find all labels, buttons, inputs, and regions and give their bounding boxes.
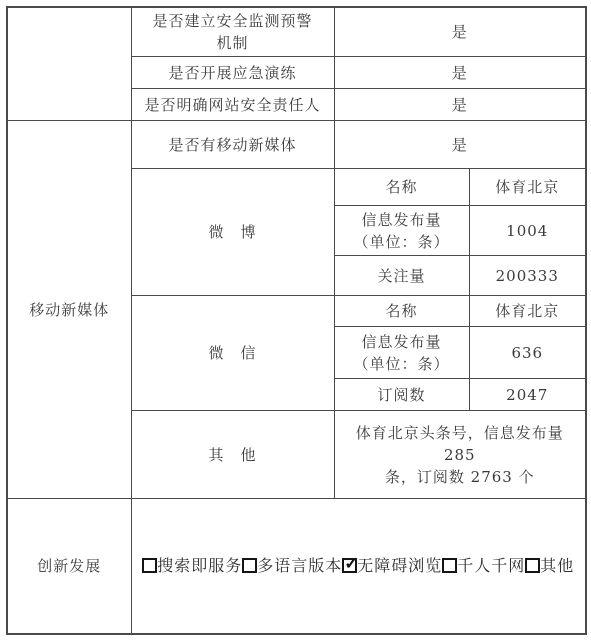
group-cell-mobile-media: 移动新媒体 xyxy=(7,121,131,499)
field-value-weibo-posts: 1004 xyxy=(469,206,586,256)
field-label-weibo-posts: 信息发布量 （单位：条） xyxy=(334,206,469,256)
checkbox-label-qianren-qianwang: 千人千网 xyxy=(457,556,525,575)
checkbox-item-multilingual: ✓多语言版本 xyxy=(242,556,342,575)
checkbox-item-qianren-qianwang: ✓千人千网 xyxy=(442,556,525,575)
field-value-wechat-posts: 636 xyxy=(469,327,586,379)
field-value-wechat-name: 体育北京 xyxy=(469,296,586,327)
checkbox-qianren-qianwang[interactable]: ✓ xyxy=(442,558,457,573)
report-page: 是否建立安全监测预警 机制 是 是否开展应急演练 是 是否明确网站安全责任人 是… xyxy=(0,0,591,640)
checkbox-accessibility[interactable]: ✓ xyxy=(342,558,357,573)
checkbox-other[interactable]: ✓ xyxy=(525,558,540,573)
field-value-weibo-followers: 200333 xyxy=(469,256,586,296)
website-report-table: 是否建立安全监测预警 机制 是 是否开展应急演练 是 是否明确网站安全责任人 是… xyxy=(6,6,587,635)
checkbox-label-accessibility: 无障碍浏览 xyxy=(357,556,442,575)
checkbox-item-other: ✓其他 xyxy=(525,556,574,575)
subgroup-cell-wechat: 微 信 xyxy=(131,296,334,411)
row-label-security-monitor: 是否建立安全监测预警 机制 xyxy=(131,7,334,57)
check-icon: ✓ xyxy=(344,554,358,574)
field-label-weibo-name: 名称 xyxy=(334,169,469,206)
table-row: 移动新媒体 是否有移动新媒体 是 xyxy=(7,121,586,169)
subgroup-cell-weibo: 微 博 xyxy=(131,169,334,296)
group-cell-empty xyxy=(7,7,131,121)
field-label-weibo-followers: 关注量 xyxy=(334,256,469,296)
field-value-wechat-subscribers: 2047 xyxy=(469,379,586,411)
row-label-emergency-drill: 是否开展应急演练 xyxy=(131,57,334,89)
checkbox-item-search-service: ✓搜索即服务 xyxy=(142,556,242,575)
row-label-security-responsible: 是否明确网站安全责任人 xyxy=(131,89,334,121)
row-value-has-mobile-media: 是 xyxy=(334,121,586,169)
field-label-wechat-subscribers: 订阅数 xyxy=(334,379,469,411)
innovation-checkbox-cell: ✓搜索即服务✓多语言版本✓无障碍浏览✓千人千网✓其他 xyxy=(131,499,586,634)
checkbox-search-service[interactable]: ✓ xyxy=(142,558,157,573)
subgroup-cell-other: 其 他 xyxy=(131,411,334,499)
group-cell-innovation: 创新发展 xyxy=(7,499,131,634)
checkbox-item-accessibility: ✓无障碍浏览 xyxy=(342,556,442,575)
checkbox-group: ✓搜索即服务✓多语言版本✓无障碍浏览✓千人千网✓其他 xyxy=(142,555,574,577)
field-value-weibo-name: 体育北京 xyxy=(469,169,586,206)
field-label-wechat-posts: 信息发布量 （单位：条） xyxy=(334,327,469,379)
row-label-has-mobile-media: 是否有移动新媒体 xyxy=(131,121,334,169)
field-label-wechat-name: 名称 xyxy=(334,296,469,327)
checkbox-label-multilingual: 多语言版本 xyxy=(257,556,342,575)
row-value-security-monitor: 是 xyxy=(334,7,586,57)
checkbox-multilingual[interactable]: ✓ xyxy=(242,558,257,573)
checkbox-label-other: 其他 xyxy=(540,556,574,575)
field-value-other-media: 体育北京头条号，信息发布量 285 条，订阅数 2763 个 xyxy=(334,411,586,499)
checkbox-label-search-service: 搜索即服务 xyxy=(157,556,242,575)
row-value-emergency-drill: 是 xyxy=(334,57,586,89)
table-row: 是否建立安全监测预警 机制 是 xyxy=(7,7,586,57)
row-value-security-responsible: 是 xyxy=(334,89,586,121)
table-row: 创新发展 ✓搜索即服务✓多语言版本✓无障碍浏览✓千人千网✓其他 xyxy=(7,499,586,634)
